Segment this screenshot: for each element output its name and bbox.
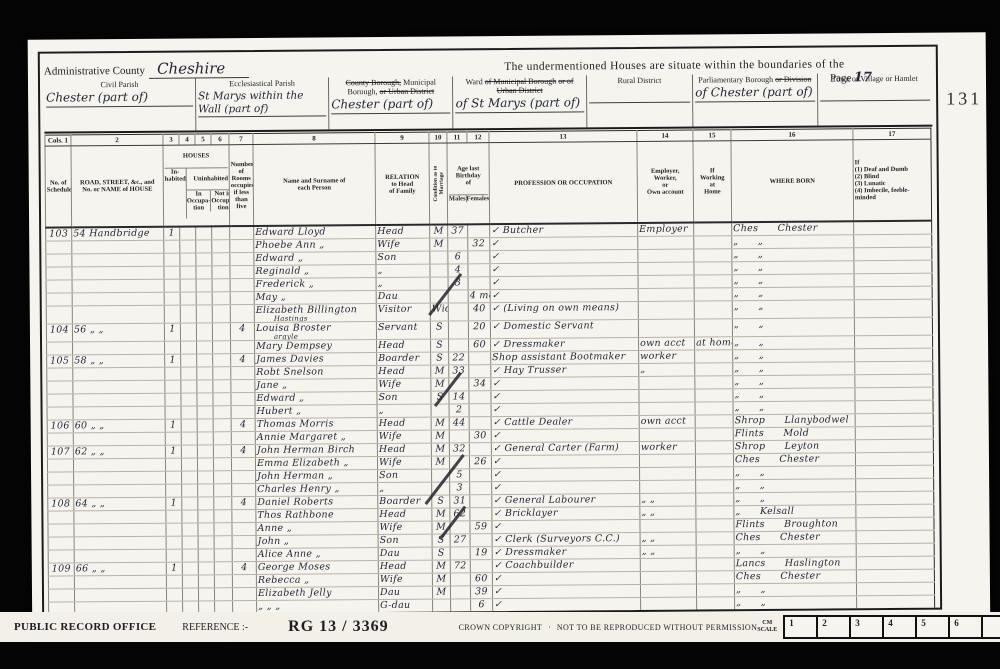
cell-prof: ✓ Dressmaker [492, 545, 640, 559]
cell-sched: 104 [46, 324, 72, 342]
cell-name: Annie Margaret „ [255, 431, 377, 445]
cell-bld [214, 510, 232, 523]
cell-sched [46, 267, 72, 280]
cell-prof: ✓ Domestic Servant [490, 319, 638, 338]
cell-emp: „ „ [640, 545, 696, 558]
cell-emp [640, 558, 696, 571]
cell-sched [47, 407, 73, 420]
cell-u2 [196, 279, 212, 292]
cell-bld [213, 445, 231, 458]
cell-rel: Wife [377, 378, 431, 391]
scale-mark: 6 [948, 615, 981, 639]
cell-prof: ✓ Butcher [490, 223, 638, 238]
header-working-at-home: If Working at Home [693, 141, 732, 223]
cell-prof: ✓ [490, 236, 638, 250]
cell-rel: Boarder [378, 495, 432, 508]
cell-u1 [182, 562, 198, 575]
cell-inf [854, 221, 932, 235]
cell-home [696, 584, 734, 597]
cell-road [73, 341, 165, 355]
cell-inf [855, 335, 933, 349]
cell-prof: ✓ (Living on own means) [490, 301, 638, 320]
cell-born: „ „ [732, 300, 854, 319]
cell-rel: Head [377, 339, 431, 352]
cell-u1 [182, 484, 198, 497]
cell-road [74, 575, 166, 589]
cell-cond: M [431, 417, 449, 430]
cell-name: Mary Dempsey [255, 340, 377, 354]
cell-emp [638, 249, 694, 262]
cell-bld [214, 484, 232, 497]
cell-bld [212, 226, 230, 240]
district-value: of St Marys (part of) [456, 96, 584, 113]
cell-bld [213, 432, 231, 445]
cell-u1 [180, 323, 196, 341]
cell-u2 [197, 380, 213, 393]
cell-cond: M [432, 573, 450, 586]
cell-rooms [232, 470, 256, 483]
cell-rooms [230, 279, 254, 292]
cell-rooms [232, 483, 256, 496]
cell-emp [639, 454, 695, 467]
cell-am [449, 430, 469, 443]
cell-emp [638, 262, 694, 275]
cell-emp [641, 597, 697, 610]
cell-prof: ✓ [491, 428, 639, 442]
cell-emp: „ „ [640, 506, 696, 519]
cell-sched [47, 342, 73, 355]
cell-bld [212, 323, 230, 341]
cell-am: 27 [450, 534, 470, 547]
cell-u2 [197, 354, 213, 367]
cell-am: 32 [449, 443, 469, 456]
cell-af [470, 482, 492, 495]
cell-name: John Herman „ [256, 470, 378, 484]
cell-inf [855, 426, 933, 440]
cell-am: 44 [449, 417, 469, 430]
cell-born: Shrop Leyton [733, 440, 855, 454]
cell-rooms [231, 379, 255, 392]
cell-rooms: 4 [230, 322, 254, 340]
cell-inf [854, 234, 932, 248]
cell-rel: „ [378, 482, 432, 495]
cell-u1 [181, 458, 197, 471]
col-number: 14 [637, 130, 693, 141]
cell-name: Daniel Roberts [256, 496, 378, 510]
cell-name: Louisa Brosterargyle [254, 322, 376, 341]
cell-u2 [198, 575, 214, 588]
header-females: Females [465, 195, 489, 202]
cell-emp: worker [639, 350, 695, 363]
header-uninhabited: Uninhabited In Occupa- tion Not in Occup… [186, 168, 230, 218]
cell-af: 60 [470, 573, 492, 586]
cell-emp [640, 467, 696, 480]
cell-bld [213, 393, 231, 406]
cell-u1 [182, 536, 198, 549]
cell-name: Edward Lloyd [254, 225, 376, 239]
cell-bld [214, 549, 232, 562]
header-in-occupation: In Occupa- tion [187, 190, 211, 211]
cell-af: 40 [468, 303, 490, 321]
cell-u2 [198, 523, 214, 536]
cell-name: Edward „ [255, 392, 377, 406]
cell-u1 [181, 354, 197, 367]
cell-inh [164, 305, 180, 323]
cell-sched [46, 306, 72, 324]
cell-inh [166, 523, 182, 536]
cell-rel: „ [376, 277, 430, 290]
cell-rel: Head [377, 443, 431, 456]
cell-inf [855, 413, 933, 427]
cell-rooms [232, 509, 256, 522]
cell-cond: M [432, 560, 450, 573]
cell-u1 [182, 523, 198, 536]
cell-prof: ✓ [492, 480, 640, 494]
cell-road [72, 240, 164, 254]
cell-rooms [232, 535, 256, 548]
cell-name: Frederick „ [254, 278, 376, 292]
cell-emp [638, 236, 694, 249]
cell-road [74, 523, 166, 537]
cell-road [74, 510, 166, 524]
cell-road [74, 588, 166, 602]
cell-inh [165, 432, 181, 445]
cell-emp: „ „ [640, 493, 696, 506]
cell-u2 [197, 341, 213, 354]
cell-emp [638, 275, 694, 288]
cell-born: Ches Chester [732, 221, 854, 235]
cell-am [448, 238, 468, 251]
cell-u1 [181, 406, 197, 419]
cell-inh [164, 240, 180, 253]
cell-af: 26 [469, 456, 491, 469]
district-value: Chester (part of) [331, 97, 450, 114]
col-number: 17 [853, 128, 931, 140]
cell-am: 2 [449, 404, 469, 417]
cell-cond [431, 404, 449, 417]
cell-road: 54 Handbridge [72, 227, 164, 241]
cell-prof: ✓ [492, 571, 640, 585]
cell-u1 [180, 279, 196, 292]
header-houses-group: HOUSES In- habited Uninhabited In Occupa… [163, 145, 230, 227]
cell-af [469, 352, 491, 365]
cell-born: „ „ [733, 388, 855, 402]
district-box-ecclesiastical-parish: Ecclesiastical Parish St Marys within th… [195, 77, 329, 130]
cell-rel: Head [377, 365, 431, 378]
cell-name: Charles Henry „ [256, 483, 378, 497]
cell-u2 [196, 226, 212, 240]
cell-home [695, 415, 733, 428]
cell-inh [165, 393, 181, 406]
cell-cond: S [432, 547, 450, 560]
cell-cond [430, 277, 448, 290]
cell-prof: ✓ [491, 376, 639, 390]
cell-sched [48, 485, 74, 498]
cell-emp: own acct [639, 415, 695, 428]
cell-prof: ✓ General Labourer [492, 493, 640, 507]
header-employer: Employer, Worker, or Own account [637, 141, 694, 223]
cell-bld [214, 523, 232, 536]
cell-emp [639, 402, 695, 415]
cell-cond: M [430, 238, 448, 251]
cell-af [469, 404, 491, 417]
cell-rel: Wife [378, 521, 432, 534]
cell-rooms [232, 574, 256, 587]
header-age-group: Age last Birthday of Males Females [447, 143, 490, 225]
cell-rel: Head [378, 508, 432, 521]
cell-home [694, 275, 732, 288]
cell-prof: ✓ Dressmaker [491, 337, 639, 351]
cell-bld [214, 575, 232, 588]
screenshot-stage: 131 Eng.—Sheet B. Page 17 Administrative… [0, 0, 1000, 669]
cell-home [696, 506, 734, 519]
cell-rel: Head [377, 417, 431, 430]
cell-inf [856, 530, 934, 544]
cell-inh [166, 510, 182, 523]
col-number: 6 [211, 134, 229, 145]
cell-u1 [180, 266, 196, 279]
cell-name: Anne „ [256, 522, 378, 536]
cell-af: 39 [470, 586, 492, 599]
cell-emp [640, 571, 696, 584]
cell-rooms [230, 304, 254, 322]
cell-home [696, 467, 734, 480]
header-schedule: No. of Schedule [45, 146, 72, 228]
cell-inf [855, 361, 933, 375]
cell-af [469, 417, 491, 430]
cell-born: Ches Chester [734, 531, 856, 545]
header-relation: RELATION to Head of Family [375, 143, 430, 225]
cell-af [468, 277, 490, 290]
cell-sched [48, 550, 74, 563]
header-condition: Condition as to Marriage [429, 143, 448, 225]
scale-mark: 2 [816, 615, 849, 639]
cell-prof: ✓ [490, 288, 638, 302]
cell-af [470, 534, 492, 547]
cell-inh [164, 266, 180, 279]
cell-name: James Davies [255, 353, 377, 367]
cell-u2 [196, 323, 212, 341]
cell-am: 31 [450, 495, 470, 508]
cell-inf [856, 569, 934, 583]
cell-prof: ✓ [492, 519, 640, 533]
cell-am: 72 [450, 560, 470, 573]
cell-sched: 106 [47, 420, 73, 433]
cell-born: „ „ [732, 261, 854, 275]
cell-prof: ✓ [490, 249, 638, 263]
header-infirmity: If (1) Deaf and Dumb (2) Blind (3) Lunat… [853, 139, 932, 221]
cell-home [694, 319, 732, 337]
district-box-ward: Ward of Municipal Borough or of Urban Di… [452, 75, 586, 128]
cell-sched [48, 537, 74, 550]
cell-inh [165, 380, 181, 393]
cell-am [448, 321, 468, 339]
folio-number: 131 [946, 88, 982, 109]
cell-u2 [196, 305, 212, 323]
cell-inf [856, 556, 934, 570]
header-rooms: Number of Rooms occupied if less than fi… [229, 145, 254, 227]
cell-home: at home [695, 337, 733, 350]
cell-u1 [182, 549, 198, 562]
district-header-row: Civil Parish Chester (part of) Ecclesias… [44, 73, 932, 134]
cell-af [469, 365, 491, 378]
admin-county-value: Cheshire [149, 59, 249, 79]
cell-rooms: 4 [232, 496, 256, 509]
cell-rel: „ [377, 404, 431, 417]
cell-u2 [198, 497, 214, 510]
col-number: 4 [179, 134, 195, 145]
cell-am [450, 547, 470, 560]
cell-af: 20 [468, 321, 490, 339]
cell-inh: 1 [165, 445, 181, 458]
cell-road [74, 484, 166, 498]
cell-road [72, 266, 164, 280]
cell-home [694, 222, 732, 236]
cell-home [696, 545, 734, 558]
cell-inf [856, 517, 934, 531]
cell-name: Phoebe Ann „ [254, 239, 376, 253]
cell-inh [166, 484, 182, 497]
cell-emp: own acct [639, 337, 695, 350]
district-value: of Chester (part of) [695, 86, 814, 103]
cell-rooms [231, 457, 255, 470]
cell-rooms [232, 548, 256, 561]
cell-born: Flints Broughton [734, 518, 856, 532]
cell-born: „ „ [733, 401, 855, 415]
cell-born: „ „ [733, 349, 855, 363]
cell-born: Shrop Llanybodwel [733, 414, 855, 428]
cell-rel: Wife [377, 430, 431, 443]
cell-u2 [198, 484, 214, 497]
scale-mark-blank [981, 615, 1000, 639]
header-profession: PROFESSION OR OCCUPATION [489, 141, 638, 224]
cell-rooms [230, 266, 254, 279]
district-value: Chester (part of) [46, 90, 193, 107]
cell-af [468, 224, 490, 238]
cell-inf [856, 543, 934, 557]
cell-am [448, 303, 468, 321]
cell-u1 [181, 367, 197, 380]
cell-rooms [230, 253, 254, 266]
cell-road [73, 406, 165, 420]
cell-sched [46, 280, 72, 293]
cell-home [694, 288, 732, 301]
cell-road: 60 „ „ [73, 419, 165, 433]
cell-am: 3 [450, 482, 470, 495]
cell-rel: Son [377, 391, 431, 404]
cell-name: Alice Anne „ [256, 548, 378, 562]
cell-am [448, 290, 468, 303]
cell-sched [48, 524, 74, 537]
cell-u1 [181, 419, 197, 432]
cell-rel: Visitor [376, 303, 430, 321]
cell-emp [638, 288, 694, 301]
cell-name: Edward „ [254, 252, 376, 266]
cell-inf [855, 452, 933, 466]
col-number: 2 [71, 134, 163, 146]
cell-name: May „ [254, 291, 376, 305]
cell-inh [165, 458, 181, 471]
cell-born: „ Kelsall [734, 505, 856, 519]
cell-name: John „ [256, 535, 378, 549]
cell-inf [854, 286, 932, 300]
cell-rel: Wife [376, 238, 430, 251]
cell-road: 58 „ „ [73, 354, 165, 368]
column-headers-row: No. of Schedule ROAD, STREET, &c., and N… [45, 139, 932, 227]
cell-name: Elizabeth Jelly [256, 587, 378, 601]
cell-bld [213, 406, 231, 419]
cell-home [694, 301, 732, 319]
cm-scale-ruler: CM SCALE 123456 [757, 615, 1000, 639]
cell-inf [854, 260, 932, 274]
cell-emp: „ „ [640, 532, 696, 545]
cell-cond: M [431, 430, 449, 443]
cell-prof: Shop assistant Bootmaker [491, 350, 639, 364]
cell-prof: ✓ Hay Trusser [491, 363, 639, 377]
cell-sched [48, 589, 74, 602]
cell-road: 56 „ „ [72, 323, 164, 342]
cell-emp [640, 480, 696, 493]
cell-sched: 109 [48, 563, 74, 576]
cell-rooms [231, 431, 255, 444]
district-box-civil-parish: Civil Parish Chester (part of) [44, 78, 195, 131]
cell-u2 [197, 445, 213, 458]
cell-u1 [180, 292, 196, 305]
cell-sched [46, 293, 72, 306]
cell-name: Jane „ [255, 379, 377, 393]
cell-u1 [180, 240, 196, 253]
record-office-label: PUBLIC RECORD OFFICE [14, 621, 156, 633]
cell-prof: ✓ [492, 584, 640, 598]
header-not-in-occupation: Not in Occupa- tion [210, 190, 229, 211]
cell-u2 [198, 510, 214, 523]
cell-af: 59 [470, 521, 492, 534]
cell-name: Thos Rathbone [256, 509, 378, 523]
cell-cond: M [432, 586, 450, 599]
cell-home [695, 402, 733, 415]
cell-born: „ „ [732, 235, 854, 249]
cell-inh [166, 575, 182, 588]
cell-name: Elizabeth BillingtonHastings [254, 304, 376, 323]
cell-u2 [197, 458, 213, 471]
scale-mark: 1 [783, 615, 816, 639]
cell-road [72, 292, 164, 306]
cell-born: Ches Chester [733, 453, 855, 467]
cell-cond: M [431, 456, 449, 469]
cell-inh [164, 292, 180, 305]
cell-inf [854, 317, 932, 336]
cell-rooms: 4 [231, 418, 255, 431]
district-value: St Marys within the Wall (part of) [198, 89, 326, 117]
district-box-parliamentary-borough: Parliamentary Borough or Division of Che… [692, 74, 817, 127]
cell-inf [856, 478, 934, 492]
cell-u2 [198, 536, 214, 549]
cell-born: „ „ [733, 375, 855, 389]
cell-u1 [182, 575, 198, 588]
crown-copyright-label: CROWN COPYRIGHT [459, 623, 543, 632]
cell-cond: M [431, 365, 449, 378]
cell-road: 62 „ „ [73, 445, 165, 459]
cell-rel: Wife [378, 573, 432, 586]
district-value [820, 85, 931, 102]
cell-born: „ „ [733, 336, 855, 350]
cell-bld [213, 341, 231, 354]
cell-rel: Servant [376, 321, 430, 339]
cell-cond [433, 599, 451, 612]
cell-sched [47, 394, 73, 407]
cell-u2 [198, 471, 214, 484]
cell-bld [214, 471, 232, 484]
